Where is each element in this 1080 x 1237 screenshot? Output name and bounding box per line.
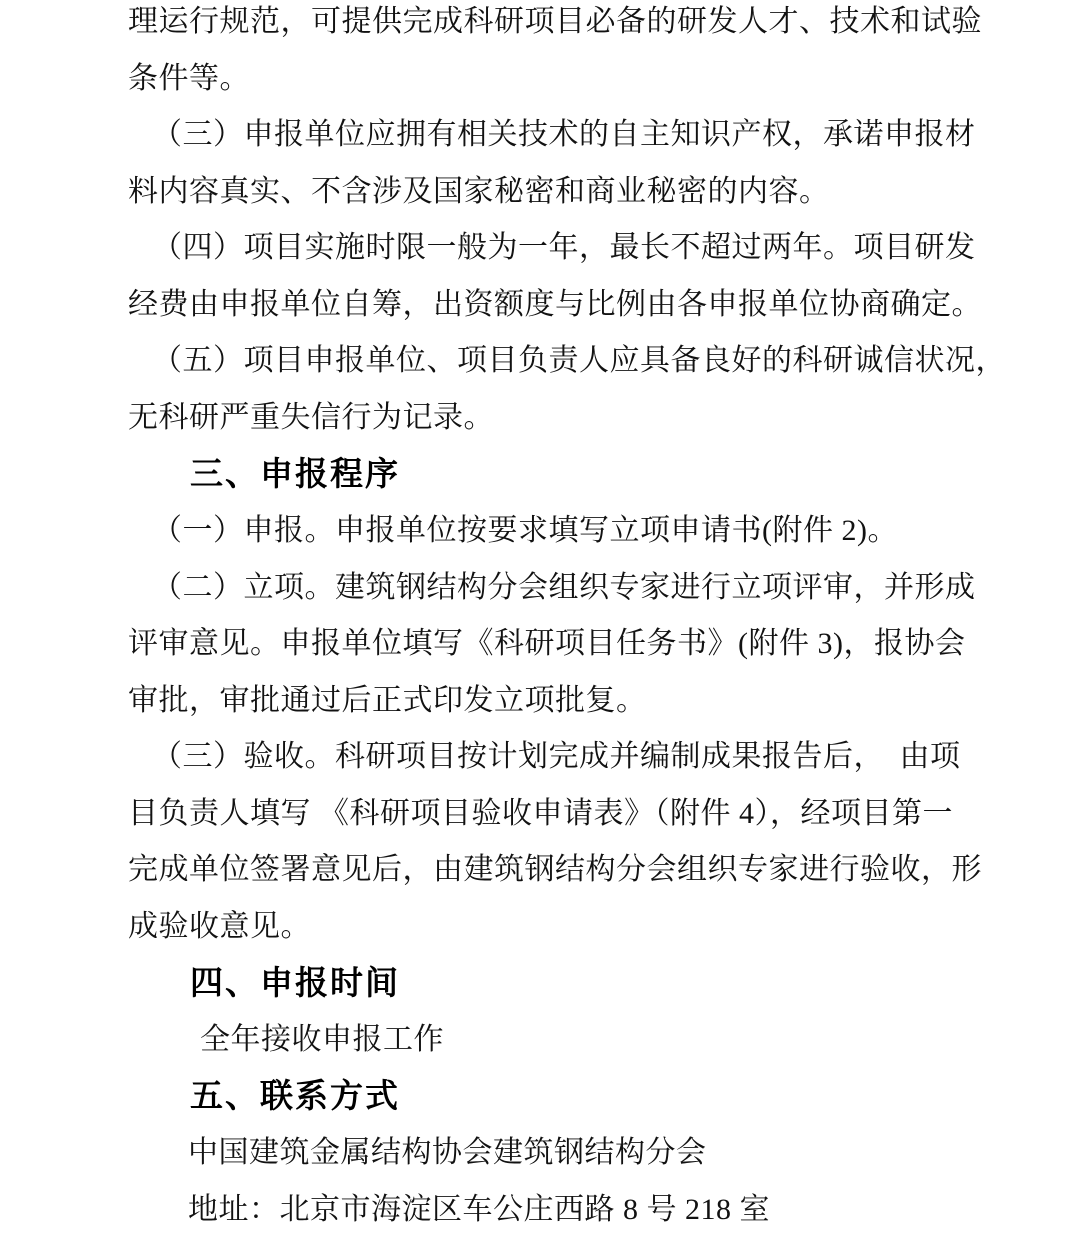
text-line: （一）申报。申报单位按要求填写立项申请书(附件 2)。	[152, 511, 898, 551]
text-line: 条件等。	[128, 59, 250, 99]
text-line: 地址：北京市海淀区车公庄西路 8 号 218 室	[188, 1190, 770, 1230]
text-line: 审批，审批通过后正式印发立项批复。	[128, 681, 647, 721]
text-line: 中国建筑金属结构协会建筑钢结构分会	[188, 1133, 707, 1173]
text-line: 完成单位签署意见后，由建筑钢结构分会组织专家进行验收，形	[128, 850, 982, 890]
section-heading: 三、申报程序	[190, 454, 400, 494]
text-line: 理运行规范，可提供完成科研项目必备的研发人才、技术和试验	[128, 2, 982, 42]
text-line: 目负责人填写 《科研项目验收申请表》（附件 4），经项目第一	[128, 794, 953, 834]
text-line: （二）立项。建筑钢结构分会组织专家进行立项评审，并形成	[152, 568, 976, 608]
section-heading: 四、申报时间	[190, 963, 400, 1003]
text-line: （四）项目实施时限一般为一年，最长不超过两年。项目研发	[152, 228, 976, 268]
text-line: 评审意见。申报单位填写《科研项目任务书》(附件 3)，报协会	[128, 624, 965, 664]
text-line: 无科研严重失信行为记录。	[128, 398, 494, 438]
text-line: （三）申报单位应拥有相关技术的自主知识产权，承诺申报材	[152, 115, 976, 155]
document-page: 理运行规范，可提供完成科研项目必备的研发人才、技术和试验条件等。（三）申报单位应…	[0, 0, 1080, 1237]
text-line: 料内容真实、不含涉及国家秘密和商业秘密的内容。	[128, 172, 830, 212]
text-line: 成验收意见。	[128, 907, 311, 947]
section-heading: 五、联系方式	[190, 1076, 400, 1116]
text-line: 经费由申报单位自筹，出资额度与比例由各申报单位协商确定。	[128, 285, 982, 325]
text-line: 全年接收申报工作	[200, 1020, 444, 1060]
text-line: （五）项目申报单位、项目负责人应具备良好的科研诚信状况，	[152, 341, 1006, 381]
text-line: （三）验收。科研项目按计划完成并编制成果报告后， 由项	[152, 737, 961, 777]
